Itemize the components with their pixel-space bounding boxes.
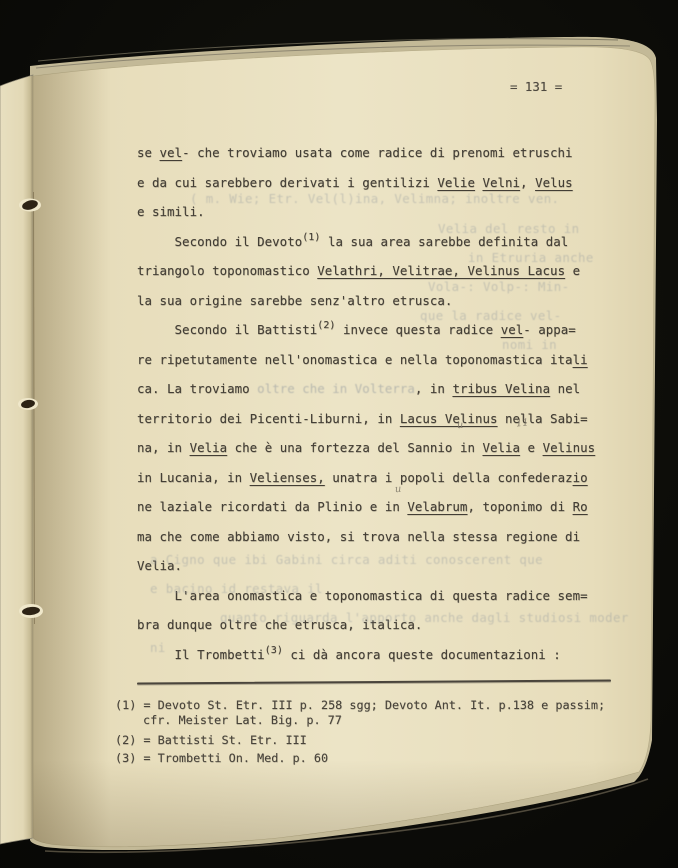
bleed-through-text: que la radice vel- bbox=[420, 308, 561, 324]
body-line: la sua origine sarebbe senz'altro etrusc… bbox=[137, 293, 452, 309]
body-line: in Lucania, in Velienses, unatra i popol… bbox=[137, 470, 588, 486]
pencil-annotation: u bbox=[395, 485, 402, 496]
bleed-through-text: a Cigno que ibi Gabini circa aditi conos… bbox=[150, 552, 543, 568]
bleed-through-text: Vola-: Volp-: Min- bbox=[428, 279, 569, 295]
pencil-annotation: 11 bbox=[516, 418, 530, 429]
bleed-through-text: quanto riguarda l'apporto anche dagli st… bbox=[220, 610, 629, 626]
body-line: ca. La troviamo oltre che in Volterra, i… bbox=[137, 381, 580, 397]
body-line: Il Trombetti(3) ci dà ancora queste docu… bbox=[137, 647, 561, 664]
footnote-line: (1) = Devoto St. Etr. III p. 258 sgg; De… bbox=[115, 698, 605, 712]
footnote-line: (2) = Battisti St. Etr. III bbox=[115, 733, 307, 747]
typescript-text: = 131 = se vel- che troviamo usata come … bbox=[0, 0, 678, 868]
footnote-separator bbox=[137, 680, 611, 685]
body-line: ne laziale ricordati da Plinio e in Vela… bbox=[137, 499, 588, 515]
bleed-through-text: e bacino id restava il bbox=[150, 581, 323, 597]
footnote-line: (3) = Trombetti On. Med. p. 60 bbox=[115, 751, 328, 765]
body-line: ma che come abbiamo visto, si trova nell… bbox=[137, 529, 580, 545]
bleed-through-text: in Etruria anche bbox=[468, 250, 594, 266]
bleed-through-text: ni bbox=[150, 640, 166, 656]
body-line: re ripetutamente nell'onomastica e nella… bbox=[137, 352, 588, 368]
scanned-book-page: = 131 = se vel- che troviamo usata come … bbox=[0, 0, 678, 868]
body-line: na, in Velia che è una fortezza del Sann… bbox=[137, 440, 595, 456]
body-line: e da cui sarebbero derivati i gentilizi … bbox=[137, 175, 573, 191]
bleed-through-text: ( m. Wie; Etr. Vel(l)ina, Velimna; inolt… bbox=[190, 191, 559, 207]
footnote-line: cfr. Meister Lat. Big. p. 77 bbox=[143, 713, 342, 727]
pencil-annotation: u bbox=[457, 421, 464, 432]
body-line: se vel- che troviamo usata come radice d… bbox=[137, 145, 573, 161]
bleed-through-text: nomi in bbox=[502, 337, 557, 353]
bleed-through-text: Velia del resto in bbox=[438, 221, 579, 237]
page-number: = 131 = bbox=[510, 80, 562, 94]
